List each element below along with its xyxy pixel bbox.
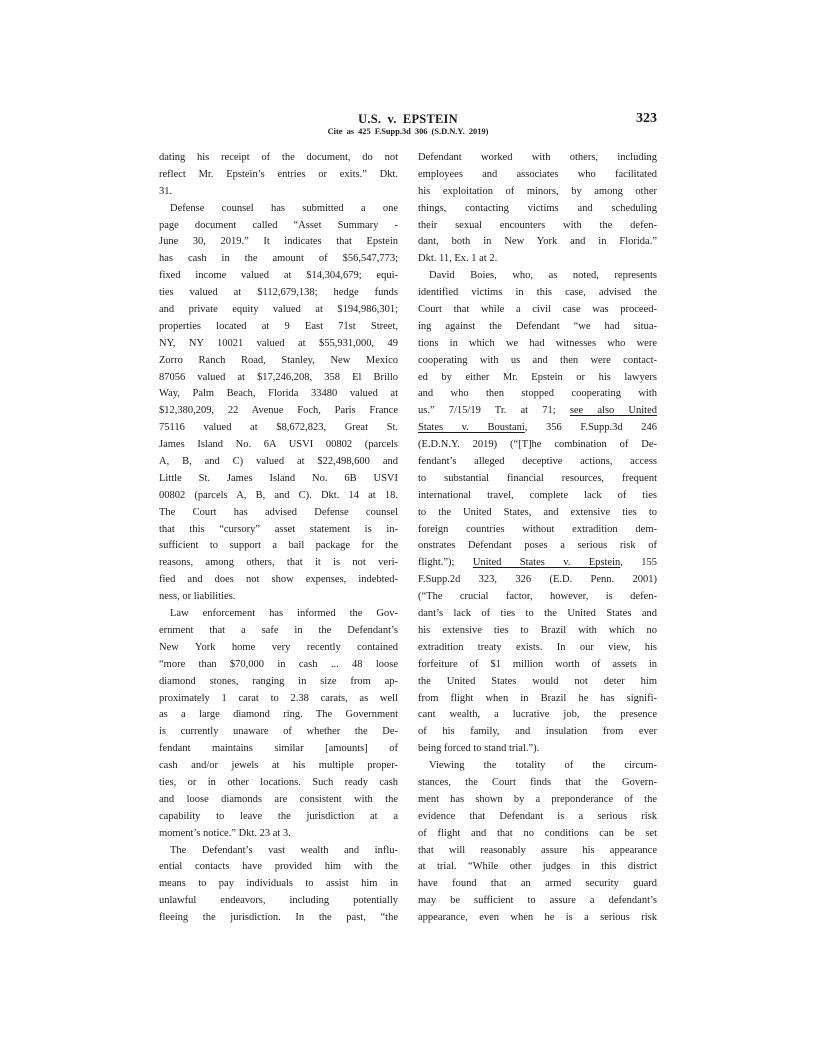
paragraph: David Boies, who, as noted, representsid… [418, 268, 657, 758]
text-line: page document called “Asset Summary - [159, 218, 398, 235]
text-segment: reflect Mr. Epstein’s entries or exits.”… [159, 169, 398, 180]
text-line: and who then stopped cooperating with [418, 386, 657, 403]
text-segment: Way, Palm Beach, Florida 33480 valued at [159, 388, 398, 399]
text-segment: ties valued at $112,679,138; hedge funds [159, 287, 398, 298]
text-line: means to pay individuals to assist him i… [159, 876, 398, 893]
text-segment: dating his receipt of the document, do n… [159, 152, 398, 163]
text-segment: his extensive ties to Brazil with which … [418, 625, 657, 636]
text-line: dant’s lack of ties to the United States… [418, 606, 657, 623]
text-line: F.Supp.2d 323, 326 (E.D. Penn. 2001) [418, 572, 657, 589]
text-segment: 00802 (parcels A, B, and C). Dkt. 14 at … [159, 490, 398, 501]
text-segment: , 155 [620, 557, 657, 568]
text-line: The Court has advised Defense counsel [159, 505, 398, 522]
text-segment: Little St. James Island No. 6B USVI [159, 473, 398, 484]
case-citation: States v. Boustani [418, 422, 525, 433]
text-segment: Law enforcement has informed the Gov- [170, 608, 398, 619]
paragraph: Law enforcement has informed the Gov-ern… [159, 606, 398, 842]
text-segment: Defendant worked with others, including [418, 152, 657, 163]
left-column: dating his receipt of the document, do n… [159, 150, 398, 927]
text-segment: tions in which we had witnesses who were [418, 338, 657, 349]
text-segment: moment’s notice.” Dkt. 23 at 3. [159, 828, 291, 839]
text-line: and private equity valued at $194,986,30… [159, 302, 398, 319]
text-segment: fendant’s alleged deceptive actions, acc… [418, 456, 657, 467]
text-line: Zorro Ranch Road, Stanley, New Mexico [159, 353, 398, 370]
text-segment: (“The crucial factor, however, is defen- [418, 591, 657, 602]
text-line: properties located at 9 East 71st Street… [159, 319, 398, 336]
text-segment: their sexual encounters with the defen- [418, 220, 657, 231]
text-line: appearance, even when he is a serious ri… [418, 910, 657, 927]
text-segment: properties located at 9 East 71st Street… [159, 321, 398, 332]
reporter-page: U.S. v. EPSTEIN Cite as 425 F.Supp.3d 30… [0, 0, 816, 1056]
text-line: June 30, 2019.” It indicates that Epstei… [159, 234, 398, 251]
text-segment: June 30, 2019.” It indicates that Epstei… [159, 236, 398, 247]
text-segment: Viewing the totality of the circum- [429, 760, 657, 771]
text-line: Court that while a civil case was procee… [418, 302, 657, 319]
text-line: Dkt. 11, Ex. 1 at 2. [418, 251, 657, 268]
text-line: moment’s notice.” Dkt. 23 at 3. [159, 826, 398, 843]
text-line: James Island No. 6A USVI 00802 (parcels [159, 437, 398, 454]
paragraph: The Defendant’s vast wealth and influ-en… [159, 843, 398, 927]
text-segment: capability to leave the jurisdiction at … [159, 811, 398, 822]
text-segment: cant wealth, a lucrative job, the presen… [418, 709, 657, 720]
text-segment: 87056 valued at $17,246,208, 358 El Bril… [159, 372, 398, 383]
text-line: proximately 1 carat to 2.38 carats, as w… [159, 691, 398, 708]
text-segment: cash and/or jewels at his multiple prope… [159, 760, 398, 771]
text-line: identified victims in this case, advised… [418, 285, 657, 302]
text-line: being forced to stand trial.”). [418, 741, 657, 758]
text-line: 31. [159, 184, 398, 201]
text-segment: being forced to stand trial.”). [418, 743, 539, 754]
text-line: has cash in the amount of $56,547,773; [159, 251, 398, 268]
text-segment: James Island No. 6A USVI 00802 (parcels [159, 439, 398, 450]
text-line: from flight when in Brazil he has signif… [418, 691, 657, 708]
paragraph: dating his receipt of the document, do n… [159, 150, 398, 201]
text-line: dant, both in New York and in Florida.” [418, 234, 657, 251]
text-line: reasons, among others, that it is not ve… [159, 555, 398, 572]
text-segment: his exploitation of minors, by among oth… [418, 186, 657, 197]
text-line: that this “cursory” asset statement is i… [159, 522, 398, 539]
text-segment: F.Supp.2d 323, 326 (E.D. Penn. 2001) [418, 574, 657, 585]
right-column: Defendant worked with others, includinge… [418, 150, 657, 927]
text-line: his exploitation of minors, by among oth… [418, 184, 657, 201]
text-line: ties, or in other locations. Such ready … [159, 775, 398, 792]
case-citation: see also United [570, 405, 657, 416]
text-line: $12,380,209, 22 Avenue Foch, Paris Franc… [159, 403, 398, 420]
text-segment: ment has shown by a preponderance of the [418, 794, 657, 805]
text-line: sufficient to support a bail package for… [159, 538, 398, 555]
text-line: The Defendant’s vast wealth and influ- [159, 843, 398, 860]
text-line: international travel, complete lack of t… [418, 488, 657, 505]
text-segment: reasons, among others, that it is not ve… [159, 557, 398, 568]
text-line: to substantial financial resources, freq… [418, 471, 657, 488]
text-segment: 75116 valued at $8,672,823, Great St. [159, 422, 398, 433]
text-segment: that this “cursory” asset statement is i… [159, 524, 398, 535]
text-line: Law enforcement has informed the Gov- [159, 606, 398, 623]
text-segment: Court that while a civil case was procee… [418, 304, 657, 315]
text-line: and loose diamonds are consistent with t… [159, 792, 398, 809]
text-line: the United States would not deter him [418, 674, 657, 691]
text-columns: dating his receipt of the document, do n… [159, 150, 657, 927]
text-segment: sufficient to support a bail package for… [159, 540, 398, 551]
text-line: is currently unaware of whether the De- [159, 724, 398, 741]
text-segment: “more than $70,000 in cash ... 48 loose [159, 659, 398, 670]
text-segment: means to pay individuals to assist him i… [159, 878, 398, 889]
text-line: dating his receipt of the document, do n… [159, 150, 398, 167]
text-line: David Boies, who, as noted, represents [418, 268, 657, 285]
text-segment: Dkt. 11, Ex. 1 at 2. [418, 253, 497, 264]
text-line: his extensive ties to Brazil with which … [418, 623, 657, 640]
text-segment: and private equity valued at $194,986,30… [159, 304, 398, 315]
text-segment: ties, or in other locations. Such ready … [159, 777, 398, 788]
text-segment: dant’s lack of ties to the United States… [418, 608, 657, 619]
text-line: extradition treaty exists. In our view, … [418, 640, 657, 657]
text-line: stances, the Court finds that the Govern… [418, 775, 657, 792]
text-segment: is currently unaware of whether the De- [159, 726, 398, 737]
text-segment: have found that an armed security guard [418, 878, 657, 889]
text-segment: extradition treaty exists. In our view, … [418, 642, 657, 653]
text-line: Defense counsel has submitted a one [159, 201, 398, 218]
text-line: ties valued at $112,679,138; hedge funds [159, 285, 398, 302]
text-segment: New York home very recently contained [159, 642, 398, 653]
text-segment: flight.”); [418, 557, 473, 568]
text-segment: international travel, complete lack of t… [418, 490, 657, 501]
text-line: their sexual encounters with the defen- [418, 218, 657, 235]
text-segment: fixed income valued at $14,304,679; equi… [159, 270, 398, 281]
text-line: fleeing the jurisdiction. In the past, “… [159, 910, 398, 927]
text-line: fixed income valued at $14,304,679; equi… [159, 268, 398, 285]
text-segment: evidence that Defendant is a serious ris… [418, 811, 657, 822]
text-line: things, contacting victims and schedulin… [418, 201, 657, 218]
text-line: fendant maintains similar [amounts] of [159, 741, 398, 758]
text-segment: cooperating with us and then were contac… [418, 355, 657, 366]
text-line: may be sufficient to assure a defendant’… [418, 893, 657, 910]
text-segment: onstrates Defendant poses a serious risk… [418, 540, 657, 551]
text-line: that will reasonably assure his appearan… [418, 843, 657, 860]
case-title: U.S. v. EPSTEIN [159, 112, 657, 126]
paragraph: Defendant worked with others, includinge… [418, 150, 657, 268]
text-segment: NY, NY 10021 valued at $55,931,000, 49 [159, 338, 398, 349]
text-segment: page document called “Asset Summary - [159, 220, 398, 231]
text-line: ed by either Mr. Epstein or his lawyers [418, 370, 657, 387]
text-segment: (E.D.N.Y. 2019) (“[T]he combination of D… [418, 439, 657, 450]
text-line: forfeiture of $1 million worth of assets… [418, 657, 657, 674]
text-line: foreign countries without extradition de… [418, 522, 657, 539]
text-line: 75116 valued at $8,672,823, Great St. [159, 420, 398, 437]
text-line: unlawful endeavors, including potentiall… [159, 893, 398, 910]
text-line: ential contacts have provided him with t… [159, 859, 398, 876]
text-line: NY, NY 10021 valued at $55,931,000, 49 [159, 336, 398, 353]
text-line: flight.”); United States v. Epstein, 155 [418, 555, 657, 572]
text-segment: David Boies, who, as noted, represents [429, 270, 657, 281]
text-line: ing against the Defendant “we had situa- [418, 319, 657, 336]
text-segment: identified victims in this case, advised… [418, 287, 657, 298]
text-segment: Zorro Ranch Road, Stanley, New Mexico [159, 355, 398, 366]
text-segment: ing against the Defendant “we had situa- [418, 321, 657, 332]
text-line: cash and/or jewels at his multiple prope… [159, 758, 398, 775]
text-line: at trial. “While other judges in this di… [418, 859, 657, 876]
text-segment: dant, both in New York and in Florida.” [418, 236, 657, 247]
text-line: States v. Boustani, 356 F.Supp.3d 246 [418, 420, 657, 437]
text-line: (“The crucial factor, however, is defen- [418, 589, 657, 606]
text-segment: has cash in the amount of $56,547,773; [159, 253, 398, 264]
text-segment: ed by either Mr. Epstein or his lawyers [418, 372, 657, 383]
text-line: tions in which we had witnesses who were [418, 336, 657, 353]
text-line: cant wealth, a lucrative job, the presen… [418, 707, 657, 724]
page-number: 323 [636, 112, 657, 126]
text-segment: A, B, and C) valued at $22,498,600 and [159, 456, 398, 467]
text-line: A, B, and C) valued at $22,498,600 and [159, 454, 398, 471]
text-line: Little St. James Island No. 6B USVI [159, 471, 398, 488]
text-segment: fleeing the jurisdiction. In the past, “… [159, 912, 398, 923]
text-segment: and who then stopped cooperating with [418, 388, 657, 399]
text-segment: from flight when in Brazil he has signif… [418, 693, 657, 704]
text-segment: ernment that a safe in the Defendant’s [159, 625, 398, 636]
text-segment: fied and does not show expenses, indebte… [159, 574, 398, 585]
text-segment: $12,380,209, 22 Avenue Foch, Paris Franc… [159, 405, 398, 416]
text-segment: to substantial financial resources, freq… [418, 473, 657, 484]
text-line: fied and does not show expenses, indebte… [159, 572, 398, 589]
cite-line: Cite as 425 F.Supp.3d 306 (S.D.N.Y. 2019… [159, 126, 657, 137]
text-line: Viewing the totality of the circum- [418, 758, 657, 775]
text-segment: The Court has advised Defense counsel [159, 507, 398, 518]
text-segment: may be sufficient to assure a defendant’… [418, 895, 657, 906]
text-segment: proximately 1 carat to 2.38 carats, as w… [159, 693, 398, 704]
text-line: have found that an armed security guard [418, 876, 657, 893]
text-segment: as a large diamond ring. The Government [159, 709, 398, 720]
text-line: ernment that a safe in the Defendant’s [159, 623, 398, 640]
text-line: us.” 7/15/19 Tr. at 71; see also United [418, 403, 657, 420]
text-segment: that will reasonably assure his appearan… [418, 845, 657, 856]
text-line: ness, or liabilities. [159, 589, 398, 606]
text-segment: of his family, and insulation from ever [418, 726, 657, 737]
text-segment: The Defendant’s vast wealth and influ- [170, 845, 398, 856]
text-segment: to the United States, and extensive ties… [418, 507, 657, 518]
text-segment: unlawful endeavors, including potentiall… [159, 895, 398, 906]
text-line: capability to leave the jurisdiction at … [159, 809, 398, 826]
text-segment: us.” 7/15/19 Tr. at 71; [418, 405, 570, 416]
text-segment: foreign countries without extradition de… [418, 524, 657, 535]
running-head: U.S. v. EPSTEIN Cite as 425 F.Supp.3d 30… [159, 112, 657, 148]
text-line: (E.D.N.Y. 2019) (“[T]he combination of D… [418, 437, 657, 454]
text-segment: of flight and that no conditions can be … [418, 828, 657, 839]
text-line: diamond stones, ranging in size from ap- [159, 674, 398, 691]
text-segment: fendant maintains similar [amounts] of [159, 743, 398, 754]
text-segment: stances, the Court finds that the Govern… [418, 777, 657, 788]
text-line: New York home very recently contained [159, 640, 398, 657]
text-line: onstrates Defendant poses a serious risk… [418, 538, 657, 555]
text-segment: ness, or liabilities. [159, 591, 235, 602]
text-segment: diamond stones, ranging in size from ap- [159, 676, 398, 687]
text-line: reflect Mr. Epstein’s entries or exits.”… [159, 167, 398, 184]
text-segment: the United States would not deter him [418, 676, 657, 687]
text-segment: 31. [159, 186, 172, 197]
text-segment: and loose diamonds are consistent with t… [159, 794, 398, 805]
text-line: 00802 (parcels A, B, and C). Dkt. 14 at … [159, 488, 398, 505]
text-segment: things, contacting victims and schedulin… [418, 203, 657, 214]
text-line: ment has shown by a preponderance of the [418, 792, 657, 809]
text-segment: , 356 F.Supp.3d 246 [525, 422, 657, 433]
text-line: fendant’s alleged deceptive actions, acc… [418, 454, 657, 471]
text-line: to the United States, and extensive ties… [418, 505, 657, 522]
text-line: Defendant worked with others, including [418, 150, 657, 167]
text-line: of flight and that no conditions can be … [418, 826, 657, 843]
text-segment: ential contacts have provided him with t… [159, 861, 398, 872]
text-line: 87056 valued at $17,246,208, 358 El Bril… [159, 370, 398, 387]
text-line: cooperating with us and then were contac… [418, 353, 657, 370]
text-segment: Defense counsel has submitted a one [170, 203, 398, 214]
case-citation: United States v. Epstein [473, 557, 620, 568]
text-line: of his family, and insulation from ever [418, 724, 657, 741]
paragraph: Defense counsel has submitted a onepage … [159, 201, 398, 606]
text-segment: at trial. “While other judges in this di… [418, 861, 657, 872]
text-segment: appearance, even when he is a serious ri… [418, 912, 657, 923]
text-segment: employees and associates who facilitated [418, 169, 657, 180]
text-line: “more than $70,000 in cash ... 48 loose [159, 657, 398, 674]
paragraph: Viewing the totality of the circum-stanc… [418, 758, 657, 927]
text-line: employees and associates who facilitated [418, 167, 657, 184]
text-line: as a large diamond ring. The Government [159, 707, 398, 724]
text-line: Way, Palm Beach, Florida 33480 valued at [159, 386, 398, 403]
text-line: evidence that Defendant is a serious ris… [418, 809, 657, 826]
text-segment: forfeiture of $1 million worth of assets… [418, 659, 657, 670]
